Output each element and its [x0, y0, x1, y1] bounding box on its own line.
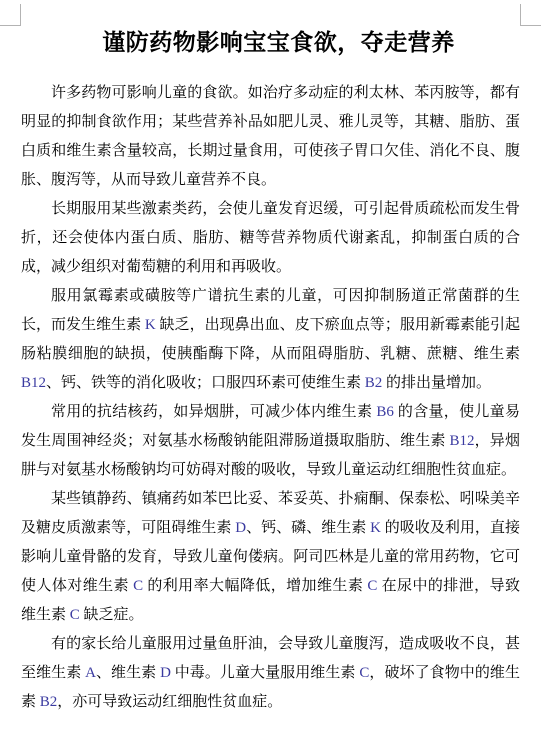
- latin-text-segment: B2: [365, 375, 383, 391]
- text-segment: 中毒。儿童大量服用维生素: [171, 665, 359, 681]
- paragraph: 长期服用某些激素类药，会使儿童发育迟缓，可引起骨质疏松而发生骨折，还会使体内蛋白…: [21, 195, 520, 282]
- latin-text-segment: C: [359, 665, 369, 681]
- latin-text-segment: K: [145, 317, 156, 333]
- paragraph: 某些镇静药、镇痛药如苯巴比妥、苯妥英、扑痫酮、保泰松、吲哚美辛及糖皮质激素等，可…: [21, 485, 520, 630]
- margin-crop-mark-top-left-vertical: [20, 4, 21, 26]
- paragraph: 有的家长给儿童服用过量鱼肝油，会导致儿童腹泻，造成吸收不良，甚至维生素 A、维生…: [21, 630, 520, 717]
- margin-crop-mark-top-right-horizontal: [520, 25, 541, 26]
- document-body: 许多药物可影响儿童的食欲。如治疗多动症的利太林、苯丙胺等，都有明显的抑制食欲作用…: [21, 79, 520, 717]
- latin-text-segment: C: [133, 578, 143, 594]
- text-segment: 、钙、磷、维生素: [246, 520, 370, 536]
- document-page: { "document": { "title": "谨防药物影响宝宝食欲，夺走营…: [0, 0, 557, 744]
- latin-text-segment: K: [370, 520, 381, 536]
- document-title: 谨防药物影响宝宝食欲，夺走营养: [21, 27, 536, 57]
- latin-text-segment: B6: [376, 404, 394, 420]
- latin-text-segment: C: [70, 607, 80, 623]
- margin-crop-mark-top-right-vertical: [520, 4, 521, 26]
- latin-text-segment: B12: [449, 433, 474, 449]
- text-segment: 缺乏症。: [80, 607, 144, 623]
- text-segment: ，亦可导致运动红细胞性贫血症。: [57, 694, 282, 710]
- text-segment: 的利用率大幅降低，增加维生素: [143, 578, 367, 594]
- paragraph: 许多药物可影响儿童的食欲。如治疗多动症的利太林、苯丙胺等，都有明显的抑制食欲作用…: [21, 79, 520, 195]
- text-segment: 、维生素: [96, 665, 160, 681]
- latin-text-segment: A: [85, 665, 96, 681]
- latin-text-segment: D: [235, 520, 246, 536]
- latin-text-segment: B2: [40, 694, 58, 710]
- text-segment: 许多药物可影响儿童的食欲。如治疗多动症的利太林、苯丙胺等，都有明显的抑制食欲作用…: [21, 85, 520, 188]
- text-segment: 、钙、铁等的消化吸收；口服四环素可使维生素: [46, 375, 365, 391]
- text-segment: 的排出量增加。: [382, 375, 491, 391]
- latin-text-segment: B12: [21, 375, 46, 391]
- paragraph: 常用的抗结核药，如异烟肼，可减少体内维生素 B6 的含量，使儿童易发生周围神经炎…: [21, 398, 520, 485]
- latin-text-segment: D: [160, 665, 171, 681]
- margin-crop-mark-top-left-horizontal: [0, 25, 21, 26]
- text-segment: 长期服用某些激素类药，会使儿童发育迟缓，可引起骨质疏松而发生骨折，还会使体内蛋白…: [21, 201, 520, 275]
- text-segment: 常用的抗结核药，如异烟肼，可减少体内维生素: [51, 404, 376, 420]
- paragraph: 服用氯霉素或磺胺等广谱抗生素的儿童，可因抑制肠道正常菌群的生长，而发生维生素 K…: [21, 282, 520, 398]
- latin-text-segment: C: [367, 578, 377, 594]
